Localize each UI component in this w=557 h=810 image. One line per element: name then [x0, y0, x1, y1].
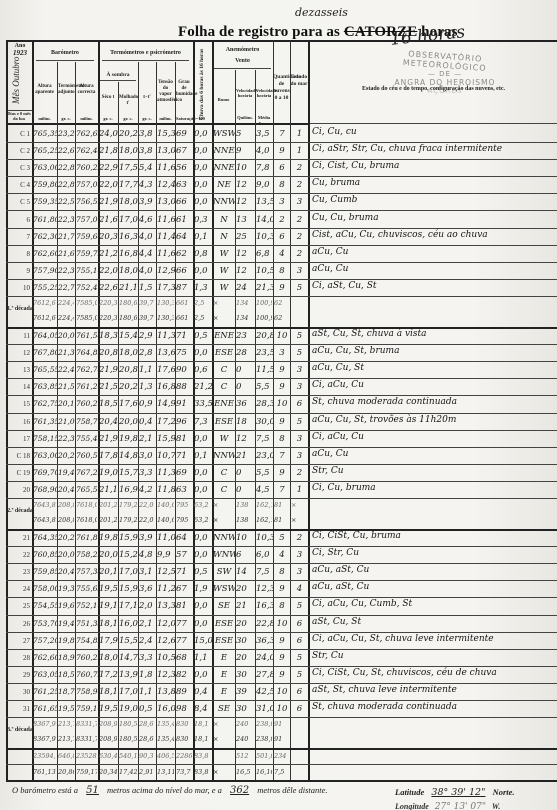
cell-nuvens: 3	[274, 197, 290, 207]
year-label: Ano1923	[9, 43, 31, 57]
decade-total-dif: 39,7	[139, 314, 155, 322]
day-row: 27757,2019,8754,8217,915,52,412,67715,0E…	[0, 633, 551, 650]
sky-description: Ci, CiSt, Cu, St, chuviscos, céu de chuv…	[312, 668, 497, 678]
cell-tensao: 10,7	[157, 451, 175, 461]
sky-description: aCu, Cu, St, bruma	[312, 346, 399, 356]
cell-dif: 4,2	[139, 485, 156, 495]
cell-alt_ap: 754,55	[33, 601, 57, 610]
cell-vel: 36	[236, 399, 255, 409]
cell-term: 19,4	[58, 468, 75, 477]
cell-chuva: 0,0	[194, 468, 212, 478]
cell-dif: 4,4	[139, 249, 156, 259]
cell-vel: 25	[236, 232, 255, 242]
sky-description: St, chuva moderada continuada	[312, 397, 457, 407]
decade-partial-term: 208,8	[58, 501, 74, 509]
cell-seco: 21,5	[99, 382, 118, 392]
cell-vel_m: 10,3	[256, 533, 273, 543]
cell-vel: 24	[236, 283, 255, 293]
sombra-header: À sombra	[98, 72, 138, 78]
cell-alt_ap: 763,00	[33, 163, 57, 172]
cell-vel_m: 27,8	[256, 670, 273, 680]
decade-total-alt_cor: 7585,05	[76, 314, 97, 322]
cell-tensao: 15,3	[157, 129, 175, 139]
decade-partial-term: 213,7	[58, 720, 74, 728]
cell-tensao: 17,6	[157, 365, 175, 375]
cell-mar: 2	[291, 468, 308, 478]
sky-description: Str, Cu	[312, 651, 344, 661]
cell-vel_m: 6,8	[256, 249, 273, 259]
cell-term: 21,5	[58, 382, 75, 391]
cell-tensao: 12,5	[157, 567, 175, 577]
cell-seco: 21,1	[99, 485, 118, 495]
cell-tensao: 11,6	[157, 249, 175, 259]
cell-alt_ap: 763,85	[33, 382, 57, 391]
cell-term: 20,2	[58, 533, 75, 542]
cell-dif: 2,1	[139, 619, 156, 629]
cell-molh: 15,9	[119, 584, 138, 594]
cell-alt_cor: 757,38	[76, 567, 98, 576]
day-row: 16761,3521,0758,7720,420,00,417,2967,3ES…	[0, 414, 551, 431]
day-row: 15762,7520,1760,2718,517,60,914,99133,5E…	[0, 396, 551, 413]
cell-molh: 18,0	[119, 197, 138, 207]
cell-mar: 3	[291, 266, 308, 276]
cell-mar: 2	[291, 232, 308, 242]
cell-seco: 17,8	[99, 451, 118, 461]
cell-vel: 12	[236, 197, 255, 207]
cell-grau: 63	[176, 180, 193, 190]
cell-nuvens: 9	[274, 653, 290, 663]
cell-grau: 64	[176, 232, 193, 242]
day-row: 22760,8520,0758,2920,015,24,89,9570,0WNW…	[0, 547, 551, 564]
cell-mar: 5	[291, 601, 308, 611]
cell-nuvens: 9	[274, 670, 290, 680]
latitude-line: Latitude 38° 39' 12" Norte.	[395, 787, 515, 798]
decade-partial-vel: 134	[236, 299, 254, 307]
cell-molh: 20,2	[119, 129, 138, 139]
total-vel_m: 16,16	[256, 768, 272, 776]
cell-alt_cor: 757,06	[76, 215, 98, 224]
register-sheet: Folha de registro para as CATORZE horas …	[0, 0, 557, 810]
decade-partial-vel: 240	[236, 720, 254, 728]
sombra-subgroup-rule	[100, 80, 136, 81]
cell-alt_cor: 760,51	[76, 451, 98, 460]
cell-nuvens: 8	[274, 434, 290, 444]
title-handwritten-correction: dezasseis	[295, 6, 348, 19]
total-grau: 73,7	[176, 768, 192, 776]
cell-dif: 3,9	[139, 197, 156, 207]
cell-alt_ap: 762,60	[33, 653, 57, 662]
decade-partial-grau: 830	[176, 720, 192, 728]
day-row: 30761,2518,7758,9618,117,01,113,8890,4E3…	[0, 684, 551, 701]
day-number: 16	[8, 418, 30, 426]
decade-total-term: 213,7	[58, 735, 74, 743]
day-number: C 3	[8, 164, 30, 172]
day-row: 24758,0019,3755,6319,515,93,611,2671,9WS…	[0, 581, 551, 598]
barometro-col-alt_ap: Altura aparente	[33, 84, 56, 96]
cell-vel: 5	[236, 129, 255, 139]
cell-term: 22,4	[58, 365, 75, 374]
termometro-col-molh: Molhado t'	[119, 95, 137, 107]
decade-total-term: 208,8	[58, 516, 74, 524]
sky-description: Str, Cu	[312, 466, 344, 476]
cell-seco: 22,9	[99, 163, 118, 173]
cell-chuva: 33,5	[194, 399, 212, 409]
cell-seco: 21,9	[99, 434, 118, 444]
cell-vel_m: 3,5	[256, 129, 273, 139]
cell-alt_cor: 752,46	[76, 283, 98, 292]
cell-mar: 5	[291, 653, 308, 663]
title-prefix: Folha de registro para as	[178, 24, 340, 40]
cell-tensao: 13,3	[157, 601, 175, 611]
cell-seco: 21,2	[99, 249, 118, 259]
cell-molh: 15,4	[119, 331, 138, 341]
decade-total-chuva: 18,1	[194, 735, 211, 743]
cell-alt_ap: 753,70	[33, 619, 57, 628]
cell-vel: 10	[236, 533, 255, 543]
cell-vel_m: 23,0	[256, 451, 273, 461]
footer-text-3: metros dêle distante.	[257, 785, 327, 795]
decade-partial-dif: 39,7	[139, 299, 155, 307]
day-row: C 2765,2522,6762,4621,818,03,813,0670,0N…	[0, 143, 551, 160]
day-row: 28762,6018,9760,2218,014,73,310,5681,1E2…	[0, 650, 551, 667]
day-row: 23759,8520,4757,3820,117,03,112,5710,5SW…	[0, 564, 551, 581]
cell-mar: 1	[291, 485, 308, 495]
cell-molh: 17,0	[119, 687, 138, 697]
cell-grau: 87	[176, 283, 193, 293]
cell-term: 20,0	[58, 550, 75, 559]
sky-description: Ci, Str, Cu	[312, 548, 359, 558]
cell-rumo: C	[213, 468, 235, 478]
cell-vel_m: 14,0	[256, 215, 273, 225]
unit-term: gr. c.	[58, 116, 74, 122]
day-number: 17	[8, 435, 30, 443]
decade-partial-vel: 138	[236, 501, 254, 509]
decade-total-alt_ap: 7612,60	[33, 314, 56, 322]
cell-dif: 0,5	[139, 704, 156, 714]
cell-vel: 0	[236, 485, 255, 495]
cell-nuvens: 9	[274, 417, 290, 427]
cell-mar: 4	[291, 584, 308, 594]
cell-nuvens: 10	[274, 619, 290, 629]
cell-alt_ap: 761,25	[33, 687, 57, 696]
cell-dif: 0,9	[139, 399, 156, 409]
cell-rumo: ENE	[213, 331, 235, 341]
cell-tensao: 11,6	[157, 163, 175, 173]
cell-alt_cor: 762,46	[76, 146, 98, 155]
decade-partial-term: 224,4	[58, 299, 74, 307]
cell-nuvens: 3	[274, 348, 290, 358]
decade-partial-chuva: 18,1	[194, 720, 211, 728]
cell-molh: 14,7	[119, 653, 138, 663]
sky-description: Ci, aCu, Cu	[312, 432, 364, 442]
cell-molh: 15,5	[119, 636, 138, 646]
cell-rumo: NE	[213, 180, 235, 190]
day-number: C 19	[8, 469, 30, 477]
cell-nuvens: 4	[274, 249, 290, 259]
day-row: 7762,3021,7759,6420,316,34,011,4640,1N25…	[0, 229, 551, 246]
cell-rumo: N	[213, 215, 235, 225]
cell-rumo: WSW	[213, 584, 235, 594]
cell-seco: 18,3	[99, 331, 118, 341]
cell-vel: 9	[236, 146, 255, 156]
cell-dif: 4,3	[139, 180, 156, 190]
cell-vel_m: 10,3	[256, 232, 273, 242]
cell-molh: 17,5	[119, 163, 138, 173]
cell-molh: 20,2	[119, 382, 138, 392]
decade-total-vel_m: 238,0	[256, 735, 272, 743]
decade-partial-chuva: 2,5	[194, 299, 211, 307]
cell-vel: 30	[236, 704, 255, 714]
decade-total-mar: ×	[291, 516, 307, 524]
cell-tensao: 13,6	[157, 348, 175, 358]
cell-dif: 4,8	[139, 550, 156, 560]
cell-alt_cor: 755,16	[76, 266, 98, 275]
cell-grau: 71	[176, 331, 193, 341]
cell-term: 20,0	[58, 331, 75, 340]
day-number: C 2	[8, 147, 30, 155]
cell-tensao: 12,9	[157, 266, 175, 276]
day-number: 8	[8, 250, 30, 258]
cell-rumo: W	[213, 283, 235, 293]
dias-label: Dias e 0 mês da lua	[7, 111, 31, 121]
sky-description: Cu, Cumb	[312, 195, 357, 205]
cell-grau: 66	[176, 197, 193, 207]
cell-dif: 3,3	[139, 653, 156, 663]
day-row: 12767,8021,3764,8520,818,02,813,6750,0ES…	[0, 345, 551, 362]
total-alt_cor: 23528,4	[76, 752, 97, 760]
cell-term: 18,7	[58, 687, 75, 696]
cell-dif: 1,1	[139, 365, 156, 375]
cell-alt_cor: 756,59	[76, 197, 98, 206]
day-number: C 1	[8, 130, 30, 138]
footer-text-1: O barómetro está a	[12, 785, 78, 795]
total-molh: 540,1	[119, 752, 137, 760]
totals-rule	[6, 780, 557, 782]
day-number: 14	[8, 383, 30, 391]
longitude-label: Longitude	[395, 802, 429, 810]
cell-mar: 5	[291, 283, 308, 293]
day-number: 7	[8, 233, 30, 241]
decade-partial-tensao: 135,4	[157, 720, 174, 728]
day-number: 28	[8, 654, 30, 662]
barometro-col-alt_cor: Altura correcta	[76, 84, 97, 96]
cell-vel: 20	[236, 619, 255, 629]
cell-seco: 21,9	[99, 365, 118, 375]
day-row: C 3763,0022,8760,2222,917,55,411,6560,0N…	[0, 160, 551, 177]
cell-chuva: 0,0	[194, 619, 212, 629]
cell-alt_ap: 755,25	[33, 283, 57, 292]
decade-total-dif: 22,0	[139, 516, 155, 524]
decade-total-dif: 28,6	[139, 735, 155, 743]
cell-term: 21,3	[58, 348, 75, 357]
total-alt_ap: 761,13	[33, 768, 56, 776]
cell-vel: 10	[236, 163, 255, 173]
unit-vel: Quilóm.	[236, 115, 254, 121]
cell-vel_m: 36,3	[256, 636, 273, 646]
cell-nuvens: 9	[274, 584, 290, 594]
cell-vel_m: 28,3	[256, 399, 273, 409]
cell-nuvens: 7	[274, 451, 290, 461]
cell-seco: 19,0	[99, 468, 118, 478]
cell-vel_m: 9,0	[256, 180, 273, 190]
cell-molh: 16,3	[119, 232, 138, 242]
cell-vel_m: 24,0	[256, 653, 273, 663]
cell-rumo: ESE	[213, 619, 235, 629]
decade-total-tensao: 135,4	[157, 735, 174, 743]
cell-vel: 23	[236, 331, 255, 341]
cell-alt_ap: 759,80	[33, 180, 57, 189]
cell-alt_ap: 764,35	[33, 533, 57, 542]
unit-molh: gr. c.	[119, 116, 137, 122]
barometro-col-term: Termómetro adjunto	[58, 84, 74, 96]
cell-nuvens: 5	[274, 533, 290, 543]
cell-mar: 2	[291, 215, 308, 225]
cell-vel_m: 5,5	[256, 468, 273, 478]
decade-total-nuvens: 81	[274, 516, 289, 524]
cell-term: 22,3	[58, 434, 75, 443]
cell-rumo: WSW	[213, 129, 235, 139]
decade-total-vel: 134	[236, 314, 254, 322]
cell-alt_ap: 761,65	[33, 704, 57, 713]
cell-alt_cor: 759,75	[76, 249, 98, 258]
cell-vel_m: 20,8	[256, 331, 273, 341]
cell-molh: 15,7	[119, 468, 138, 478]
cell-rumo: SW	[213, 567, 235, 577]
vento-col-vel: Velocidade horária	[236, 88, 254, 98]
cell-dif: 2,9	[139, 331, 156, 341]
cell-tensao: 11,3	[157, 331, 175, 341]
cell-chuva: 0,0	[194, 146, 212, 156]
decade-label: 3.ª década	[7, 727, 33, 734]
cell-grau: 67	[176, 146, 193, 156]
cell-vel_m: 7,8	[256, 163, 273, 173]
cell-grau: 89	[176, 687, 193, 697]
cell-tensao: 17,2	[157, 417, 175, 427]
total-molh: 17,42	[119, 768, 137, 776]
cell-alt_cor: 754,82	[76, 636, 98, 645]
cell-vel_m: 30,0	[256, 417, 273, 427]
barometro-group-rule	[36, 60, 94, 61]
total-chuva: 83,8	[194, 768, 211, 776]
cell-term: 20,2	[58, 451, 75, 460]
longitude-value: 27° 13' 07"	[431, 802, 490, 810]
day-number: 25	[8, 602, 30, 610]
cell-tensao: 12,6	[157, 636, 175, 646]
cell-mar: 3	[291, 197, 308, 207]
sky-description: Cu, bruma	[312, 178, 360, 188]
cell-chuva: 0,0	[194, 434, 212, 444]
cell-tensao: 14,9	[157, 399, 175, 409]
cell-term: 20,4	[58, 567, 75, 576]
total-vel: 16,5	[236, 768, 254, 776]
termometros-header: Termómetros e psicrómetro	[98, 50, 193, 56]
month-label: Mês Outubro	[11, 57, 21, 104]
sky-description: aSt, Cu, St, chuva à vista	[312, 329, 427, 339]
cell-molh: 16,9	[119, 485, 138, 495]
cell-grau: 63	[176, 485, 193, 495]
cell-nuvens: 7	[274, 485, 290, 495]
cell-seco: 20,0	[99, 550, 118, 560]
day-row: 25754,5519,6752,1619,117,12,013,3810,0SE…	[0, 598, 551, 615]
cell-nuvens: 6	[274, 232, 290, 242]
cell-rumo: C	[213, 365, 235, 375]
cell-rumo: C	[213, 485, 235, 495]
cell-mar: 5	[291, 331, 308, 341]
cell-vel_m: 16,3	[256, 601, 273, 611]
cell-alt_cor: 762,78	[76, 365, 98, 374]
decade-summary-row: 3.ª década8367,958367,95213,7213,78331,7…	[0, 718, 551, 749]
cell-alt_cor: 765,56	[76, 485, 98, 494]
cell-chuva: 0,0	[194, 197, 212, 207]
decade-total-vel_m: 162,1	[256, 516, 272, 524]
cell-alt_ap: 762,75	[33, 399, 57, 408]
day-number: 23	[8, 568, 30, 576]
cell-nuvens: 8	[274, 567, 290, 577]
cell-chuva: 0,0	[194, 550, 212, 560]
cell-term: 22,3	[58, 215, 75, 224]
cell-tensao: 10,5	[157, 653, 175, 663]
cell-alt_ap: 758,00	[33, 584, 57, 593]
cell-term: 21,6	[58, 249, 75, 258]
decade-total-vel: 240	[236, 735, 254, 743]
cell-grau: 56	[176, 163, 193, 173]
cell-alt_cor: 755,63	[76, 584, 98, 593]
total-alt_ap: 23594,95	[33, 752, 56, 760]
cell-alt_ap: 768,90	[33, 485, 57, 494]
total-chuva: 83,8	[194, 752, 211, 760]
day-number: 22	[8, 551, 30, 559]
cell-mar: 5	[291, 417, 308, 427]
decade-total-molh: 179,2	[119, 516, 137, 524]
cell-alt_cor: 761,20	[76, 382, 98, 391]
cell-alt_ap: 767,80	[33, 348, 57, 357]
decade-partial-tensao: 130,3	[157, 299, 174, 307]
cell-term: 19,8	[58, 636, 75, 645]
cell-seco: 18,1	[99, 687, 118, 697]
day-number: 11	[8, 332, 30, 340]
cell-mar: 3	[291, 451, 308, 461]
cell-alt_cor: 752,16	[76, 601, 98, 610]
sky-description: aCu, Cu	[312, 449, 348, 459]
sky-description: Ci, aCu, Cu, St, chuva leve intermitente	[312, 634, 494, 644]
cell-chuva: 8,4	[194, 704, 212, 714]
sky-description: Ci, aStr, Str, Cu, chuva fraca intermite…	[312, 144, 502, 154]
chuva-header: Chuva das 6 horas às 16 horas	[199, 49, 205, 120]
nuvens-header: Quantidade de nuvens 0 a 10	[273, 74, 290, 102]
monthly-total-row: 23594,95646,823528,4630,4540,190,3406,52…	[0, 749, 551, 764]
cell-molh: 14,8	[119, 451, 138, 461]
cell-seco: 20,4	[99, 417, 118, 427]
cell-rumo: ESE	[213, 348, 235, 358]
decade-partial-vel_m: 162,1	[256, 501, 272, 509]
cell-seco: 17,2	[99, 670, 118, 680]
cell-vel_m: 7,5	[256, 567, 273, 577]
cell-grau: 88	[176, 382, 193, 392]
decade-partial-nuvens: 62	[274, 299, 289, 307]
cell-vel: 13	[236, 215, 255, 225]
cell-rumo: ESE	[213, 636, 235, 646]
sky-description: aCu, aSt, Cu	[312, 565, 369, 575]
cell-rumo: C	[213, 382, 235, 392]
cell-molh: 20,0	[119, 417, 138, 427]
cell-rumo: NNW	[213, 197, 235, 207]
latitude-direction: Norte.	[493, 787, 515, 797]
decade-total-alt_ap: 7643,80	[33, 516, 56, 524]
cell-alt_cor: 761,86	[76, 533, 98, 542]
cell-vel_m: 21,3	[256, 283, 273, 293]
cell-alt_ap: 763,00	[33, 451, 57, 460]
cell-grau: 67	[176, 584, 193, 594]
